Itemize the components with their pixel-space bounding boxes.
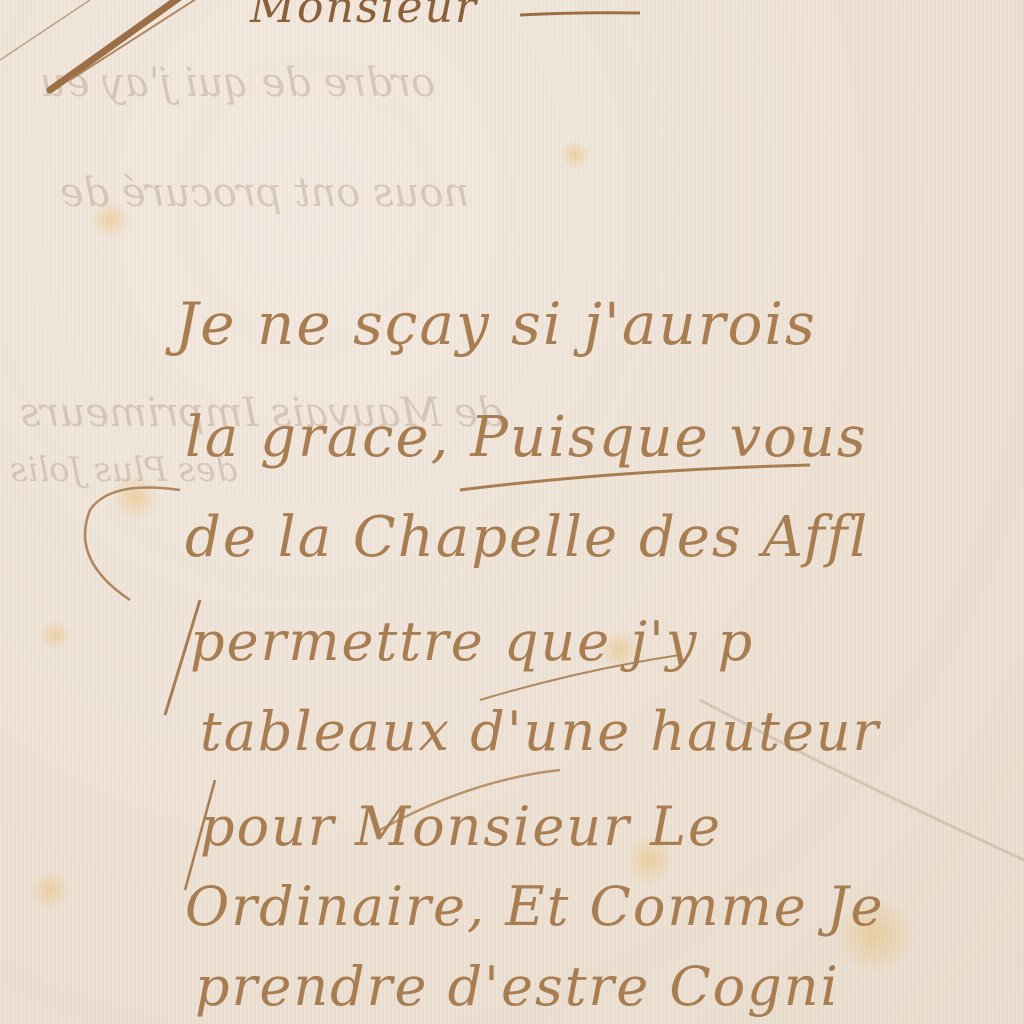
letter-line: la grace, Puisque vous: [185, 405, 868, 470]
letter-line: tableaux d'une hauteur: [200, 700, 880, 763]
show-through-text: ordre de qui j'ay eu: [40, 60, 435, 106]
letter-line: Je ne sçay si j'aurois: [175, 290, 817, 358]
letter-line: Ordinaire, Et Comme Je: [185, 875, 885, 938]
letter-line: pour Monsieur Le: [200, 795, 722, 858]
foxing-stain: [40, 620, 70, 650]
show-through-text: nous ont procuré de: [60, 170, 469, 216]
letter-line: prendre d'estre Cogni: [195, 955, 840, 1018]
foxing-stain: [30, 870, 70, 910]
salutation: Monsieur: [250, 0, 478, 33]
foxing-stain: [560, 140, 590, 170]
letter-line: permettre que j'y p: [190, 610, 754, 673]
letter-line: de la Chapelle des Affl: [185, 505, 869, 570]
